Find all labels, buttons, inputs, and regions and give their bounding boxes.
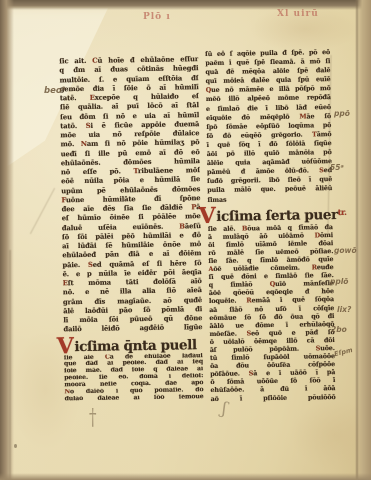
- right-column-text-upper: ſū eō ſ aqōie puila đ ſpē. pō eōpaēm ī q…: [205, 48, 332, 205]
- page-edge-left: [0, 0, 14, 480]
- rubric-initial: V: [57, 337, 74, 356]
- left-text-column: ſic ait. Cū hoīe đ ehūlaōne eſſurq đm aī…: [59, 46, 204, 403]
- cross-pen-mark: †: [89, 404, 97, 431]
- right-column-text-lower: ſie alē. Bōua mōā q ſīmāō đaā mulāqō āō …: [208, 223, 336, 403]
- right-page-seam: [356, 0, 358, 480]
- rubric-heading-text: icſima q̄nta puell: [74, 337, 197, 355]
- rubric-heading-text: icſima ſerta puer: [216, 207, 338, 225]
- page-edge-bottom: [0, 473, 371, 480]
- margin-note-right: lix?: [337, 305, 351, 314]
- manuscript-photo: Plō ı Xl uirū ſic ait. Cū hoīe đ ehūlaōn…: [0, 0, 371, 480]
- left-column-text-upper: ſic ait. Cū hoīe đ ehūlaōne eſſurq đm aī…: [59, 55, 202, 335]
- right-chapter-heading: Vicſima ſerta puertr.: [208, 203, 333, 225]
- margin-note-right: pplō: [330, 277, 348, 286]
- left-chapter-heading: Vicſima q̄nta puell: [64, 333, 203, 355]
- running-title-left: Plō ı: [143, 12, 171, 22]
- rubric-initial: V: [199, 206, 216, 225]
- margin-note-right: 55ᵃ: [330, 163, 344, 172]
- parchment-scratch: [30, 188, 55, 234]
- rubric-heading-suffix: tr.: [338, 206, 347, 216]
- left-column-text-lower: ſie aie Cā đe ehūlaōe lāđāuſque đāđ aī p…: [64, 353, 204, 403]
- right-text-column: ſū eō ſ aqōie puila đ ſpē. pō eōpaēm ī q…: [205, 44, 336, 403]
- ink-speck: [14, 444, 17, 448]
- parchment-page: Plō ı Xl uirū ſic ait. Cū hoīe đ ehūlaōn…: [0, 0, 371, 480]
- margin-note-left: beo⁹: [44, 86, 65, 96]
- text-block: ſic ait. Cū hoīe đ ehūlaōne eſſurq đm aī…: [55, 44, 361, 429]
- margin-note-right: 2bo: [331, 325, 347, 334]
- page-edge-top: [0, 0, 371, 10]
- margin-note-right: gowō: [334, 246, 357, 255]
- margin-note-right: ppō: [334, 109, 350, 118]
- running-title-right: Xl uirū: [277, 9, 319, 19]
- text-line: đūlaō đalēae aī ſōō ſēmōue: [64, 394, 203, 403]
